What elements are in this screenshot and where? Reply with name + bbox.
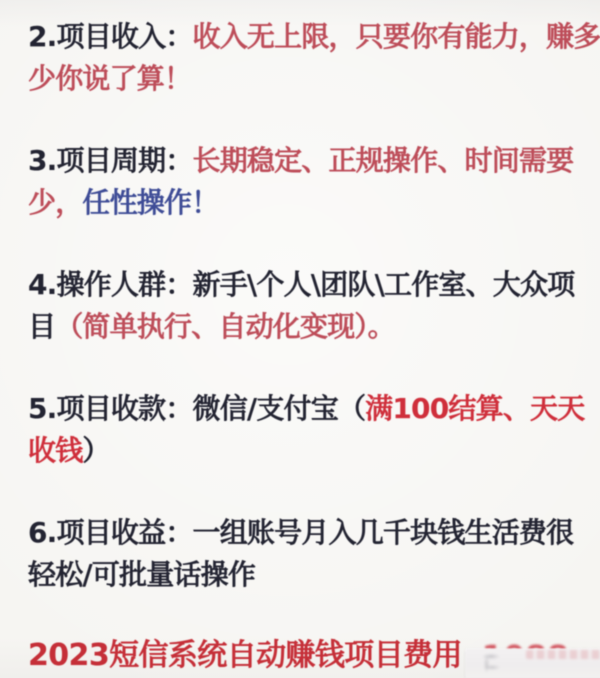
redaction-sticker — [466, 649, 600, 678]
text-line: 轻松/可批量话操作 — [28, 554, 574, 596]
redaction-smudge-text — [526, 650, 600, 659]
redaction-smudge-glyph — [480, 652, 502, 674]
body-text: ） — [82, 434, 109, 467]
item-label: 2.项目收入： — [28, 20, 193, 53]
obscured-price-area: 1088 — [462, 636, 600, 676]
list-item-project-income: 2.项目收入：收入无上限，只要你有能力，赚多 少你说了算！ — [28, 16, 574, 100]
body-text: 目 — [28, 310, 55, 343]
text-line: 3.项目周期：长期稳定、正规操作、时间需要 — [28, 140, 574, 182]
text-line: 5.项目收款：微信/支付宝（满100结算、天天 — [28, 388, 574, 430]
text-line: 4.操作人群：新手\个人\团队\工作室、大众项 — [28, 264, 574, 306]
list-item-payment-collection: 5.项目收款：微信/支付宝（满100结算、天天 收钱） — [28, 388, 574, 472]
text-line: 2.项目收入：收入无上限，只要你有能力，赚多 — [28, 16, 574, 58]
body-text: 一组账号月入几千块钱生活费很 — [193, 516, 574, 549]
blue-highlight-text: 任性操作！ — [82, 186, 218, 219]
highlight-text: 少你说了算！ — [28, 62, 191, 95]
footer-text: 2023短信系统自动赚钱项目费用 — [28, 638, 462, 673]
item-label: 3.项目周期： — [28, 144, 193, 177]
body-text: 微信/支付宝（ — [193, 392, 366, 425]
highlight-text: 收钱 — [28, 434, 82, 467]
body-text: 新手\个人\团队\工作室、大众项 — [193, 268, 575, 301]
highlight-text: 少， — [28, 186, 82, 219]
item-label: 6.项目收益： — [28, 516, 193, 549]
text-line: 少，任性操作！ — [28, 182, 574, 224]
item-label: 5.项目收款： — [28, 392, 193, 425]
item-label: 4.操作人群： — [28, 268, 193, 301]
text-line: 收钱） — [28, 430, 574, 472]
body-text: 轻松/可批量话操作 — [28, 558, 255, 591]
text-line: 少你说了算！ — [28, 58, 574, 100]
text-line: 6.项目收益：一组账号月入几千块钱生活费很 — [28, 512, 574, 554]
list-item-project-earnings: 6.项目收益：一组账号月入几千块钱生活费很 轻松/可批量话操作 — [28, 512, 574, 596]
document-content: 2.项目收入：收入无上限，只要你有能力，赚多 少你说了算！ 3.项目周期：长期稳… — [0, 0, 600, 676]
highlight-text: 长期稳定、正规操作、时间需要 — [193, 144, 574, 177]
text-line: 目（简单执行、自动化变现）。 — [28, 306, 574, 348]
highlight-text: 收入无上限，只要你有能力，赚多 — [193, 20, 600, 53]
highlight-text: 满100结算、天天 — [365, 392, 584, 425]
list-item-project-cycle: 3.项目周期：长期稳定、正规操作、时间需要 少，任性操作！ — [28, 140, 574, 224]
footer-price-line: 2023短信系统自动赚钱项目费用1088 — [28, 636, 574, 676]
document-page: 2.项目收入：收入无上限，只要你有能力，赚多 少你说了算！ 3.项目周期：长期稳… — [0, 0, 600, 678]
list-item-operator-groups: 4.操作人群：新手\个人\团队\工作室、大众项 目（简单执行、自动化变现）。 — [28, 264, 574, 348]
highlight-text: （简单执行、自动化变现）。 — [55, 310, 395, 343]
